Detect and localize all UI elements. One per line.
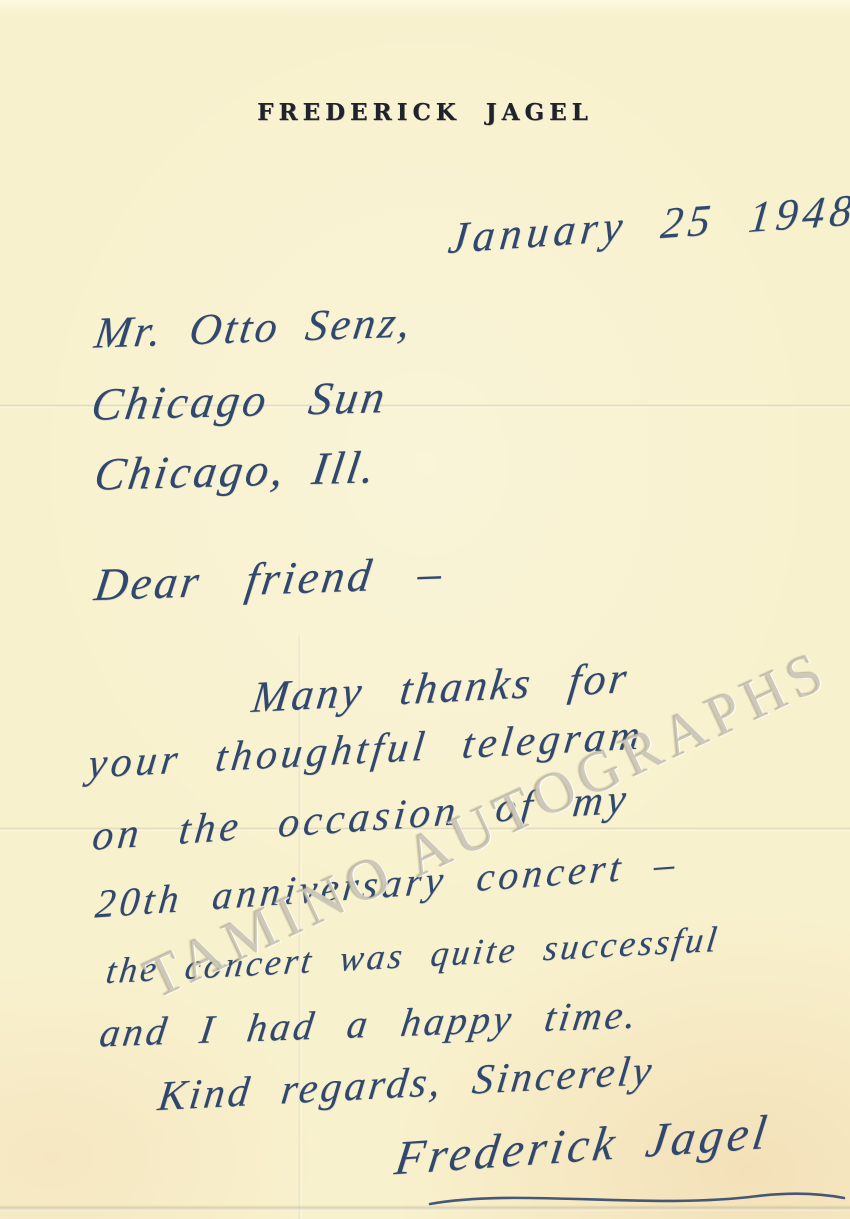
letterhead-name: FREDERICK JAGEL bbox=[0, 99, 850, 126]
closing-line: Kind regards, Sincerely bbox=[155, 1047, 657, 1121]
signature: Frederick Jagel bbox=[392, 1105, 774, 1187]
body-line-1: Many thanks for bbox=[249, 652, 632, 723]
salutation-line: Dear friend – bbox=[91, 546, 448, 611]
recipient-city-line: Chicago, Ill. bbox=[91, 440, 381, 501]
body-line-5: the concert was quite successful bbox=[104, 918, 722, 992]
date-line: January 25 1948. bbox=[446, 183, 850, 264]
recipient-name-line: Mr. Otto Senz, bbox=[91, 296, 416, 358]
recipient-org-line: Chicago Sun bbox=[88, 370, 391, 431]
signature-underline-flourish bbox=[428, 1182, 848, 1214]
body-line-6: and I had a happy time. bbox=[97, 990, 642, 1056]
fold-crease-vertical bbox=[298, 636, 302, 1219]
body-line-2: your thoughtful telegram bbox=[85, 711, 646, 788]
letter-scan-page: FREDERICK JAGEL January 25 1948. Mr. Ott… bbox=[0, 0, 850, 1219]
